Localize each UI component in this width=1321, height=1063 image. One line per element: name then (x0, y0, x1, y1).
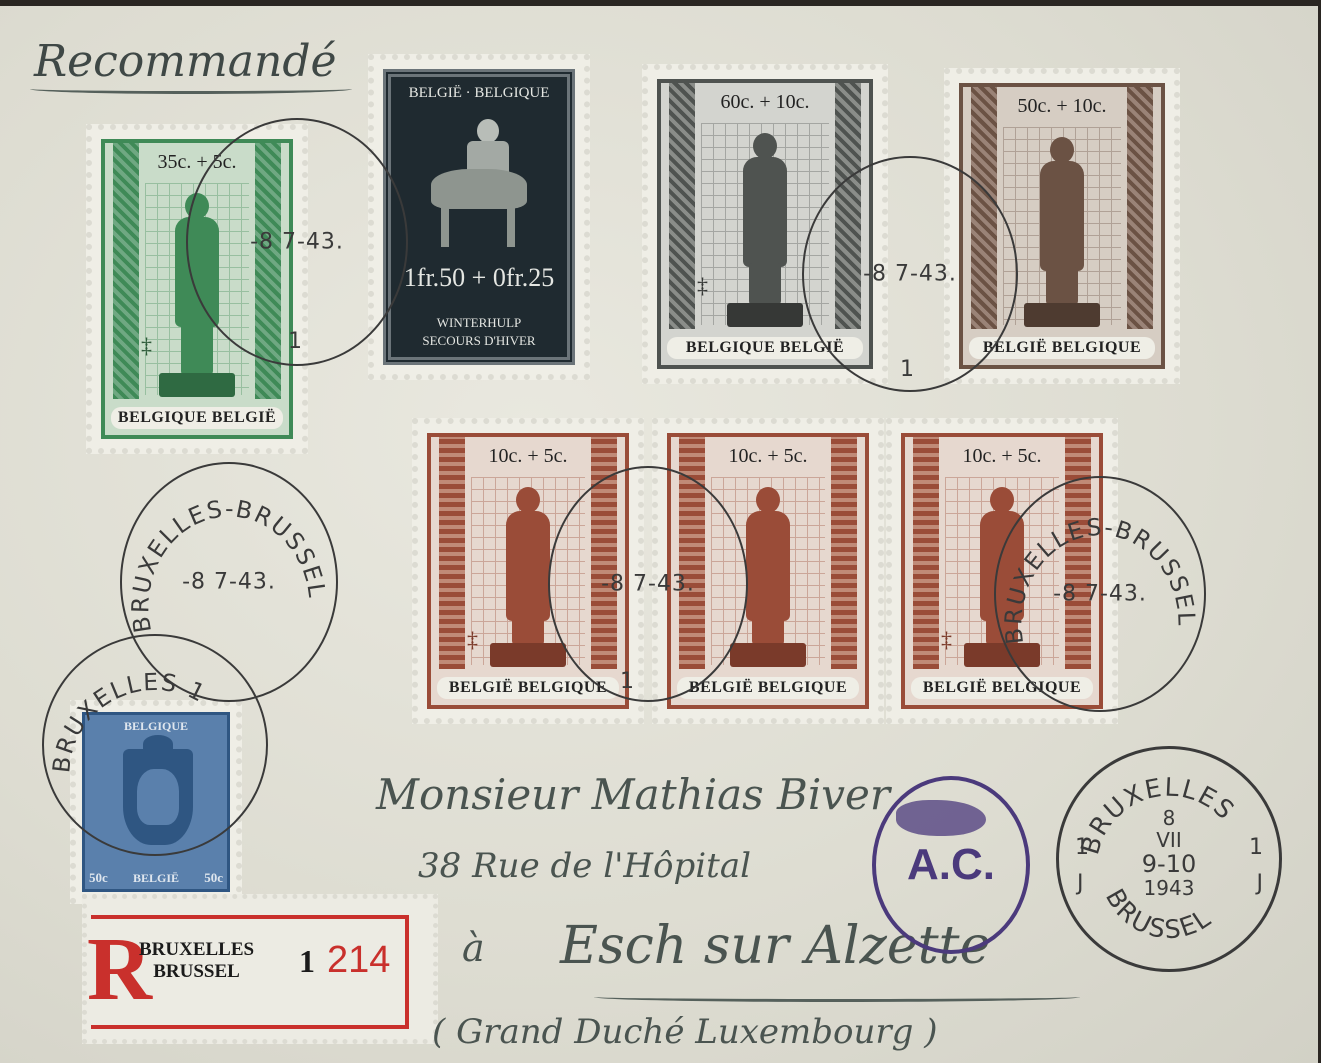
address-line-2: 38 Rue de l'Hôpital (418, 846, 751, 886)
postmark-4: -8 7-43. 1 (548, 466, 748, 702)
arrival-day: 8 (1059, 807, 1279, 829)
lorraine-cross-icon: ‡ (141, 333, 152, 359)
svg-text:BRUXELLES-BRUSSEL: BRUXELLES-BRUSSEL (999, 513, 1201, 646)
postmark-date: -8 7-43. (550, 572, 746, 597)
censor-text: A.C. (876, 840, 1026, 890)
postmark-1: -8 7-43. 1 (186, 118, 408, 366)
arrival-side-right: 1 (1249, 835, 1263, 860)
lorraine-cross-icon: ‡ (467, 627, 478, 653)
registered-header: Recommandé (34, 36, 337, 87)
stamp-value: 10c. + 5c. (905, 445, 1099, 468)
registration-office: 1 (299, 943, 315, 980)
address-line-4: ( Grand Duché Luxembourg ) (432, 1012, 937, 1052)
envelope: Recommandé ‡ 35c. + 5c. BELGIQUE BELGIË … (0, 0, 1321, 1063)
postmark-date: -8 7-43. (804, 262, 1016, 287)
stamp-value: 50c. + 10c. (963, 95, 1161, 118)
postmark-office: 1 (620, 669, 634, 694)
header-underline (30, 84, 352, 94)
censor-ink-blot (896, 800, 986, 836)
stamp-value: 60c. + 10c. (661, 91, 869, 114)
arrival-letter-left: J (1077, 871, 1084, 896)
city-underline (594, 992, 1080, 1002)
svg-text:BRUXELLES 1: BRUXELLES 1 (47, 668, 211, 774)
postmark-date: -8 7-43. (188, 230, 406, 255)
arrival-date: 8 VII 9-10 1943 (1059, 807, 1279, 899)
statue-traveler-icon (1032, 137, 1092, 327)
address-line-3-prefix: à (462, 926, 485, 970)
registration-city-fr: BRUXELLES (139, 939, 254, 961)
arrival-year: 1943 (1059, 877, 1279, 899)
svg-text:BRUXELLES-BRUSSEL: BRUXELLES-BRUSSEL (126, 495, 331, 635)
arrival-postmark: BRUXELLES BRUSSEL 8 VII 9-10 1943 1 J 1 … (1056, 746, 1282, 972)
registration-label: R BRUXELLES BRUSSEL 1 214 (82, 894, 438, 1044)
stamp-country: BELGIË · BELGIQUE (391, 85, 567, 102)
arrival-side-left: 1 (1075, 835, 1089, 860)
registration-number: 214 (327, 939, 390, 982)
postmark-date: -8 7-43. (996, 582, 1204, 607)
registration-city: BRUXELLES BRUSSEL (139, 939, 254, 983)
postmark-5: BRUXELLES-BRUSSEL -8 7-43. (994, 476, 1206, 712)
stamp-country: BELGIQUE BELGIË (111, 407, 283, 429)
postmark-arc-text: BRUXELLES 1 (44, 636, 266, 854)
stamp-value-right: 50c (204, 870, 223, 886)
censor-mark: A.C. (872, 776, 1030, 954)
registration-city-nl: BRUSSEL (139, 961, 254, 983)
lorraine-cross-icon: ‡ (941, 627, 952, 653)
postmark-date: -8 7-43. (122, 570, 336, 595)
postmark-office: 1 (288, 329, 302, 354)
postmark-office: 1 (900, 357, 914, 382)
horseman-statue-icon (431, 119, 531, 249)
lorraine-cross-icon: ‡ (697, 273, 708, 299)
arrival-hours: 9-10 (1059, 851, 1279, 877)
stamp-value: 10c. + 5c. (671, 445, 865, 468)
postmark-6: BRUXELLES 1 (42, 634, 268, 856)
stamp-value: 10c. + 5c. (431, 445, 625, 468)
statue-hunter-icon (735, 133, 795, 327)
arrival-month: VII (1059, 829, 1279, 851)
stamp-value: 1fr.50 + 0fr.25 (391, 263, 567, 293)
address-line-1: Monsieur Mathias Biver (376, 770, 890, 819)
stamp-subtitle-1: WINTERHULP (391, 315, 567, 331)
stamp-subtitle-2: SECOURS D'HIVER (391, 333, 567, 349)
postmark-2: -8 7-43. 1 (802, 156, 1018, 392)
arrival-letter-right: J (1257, 871, 1264, 896)
